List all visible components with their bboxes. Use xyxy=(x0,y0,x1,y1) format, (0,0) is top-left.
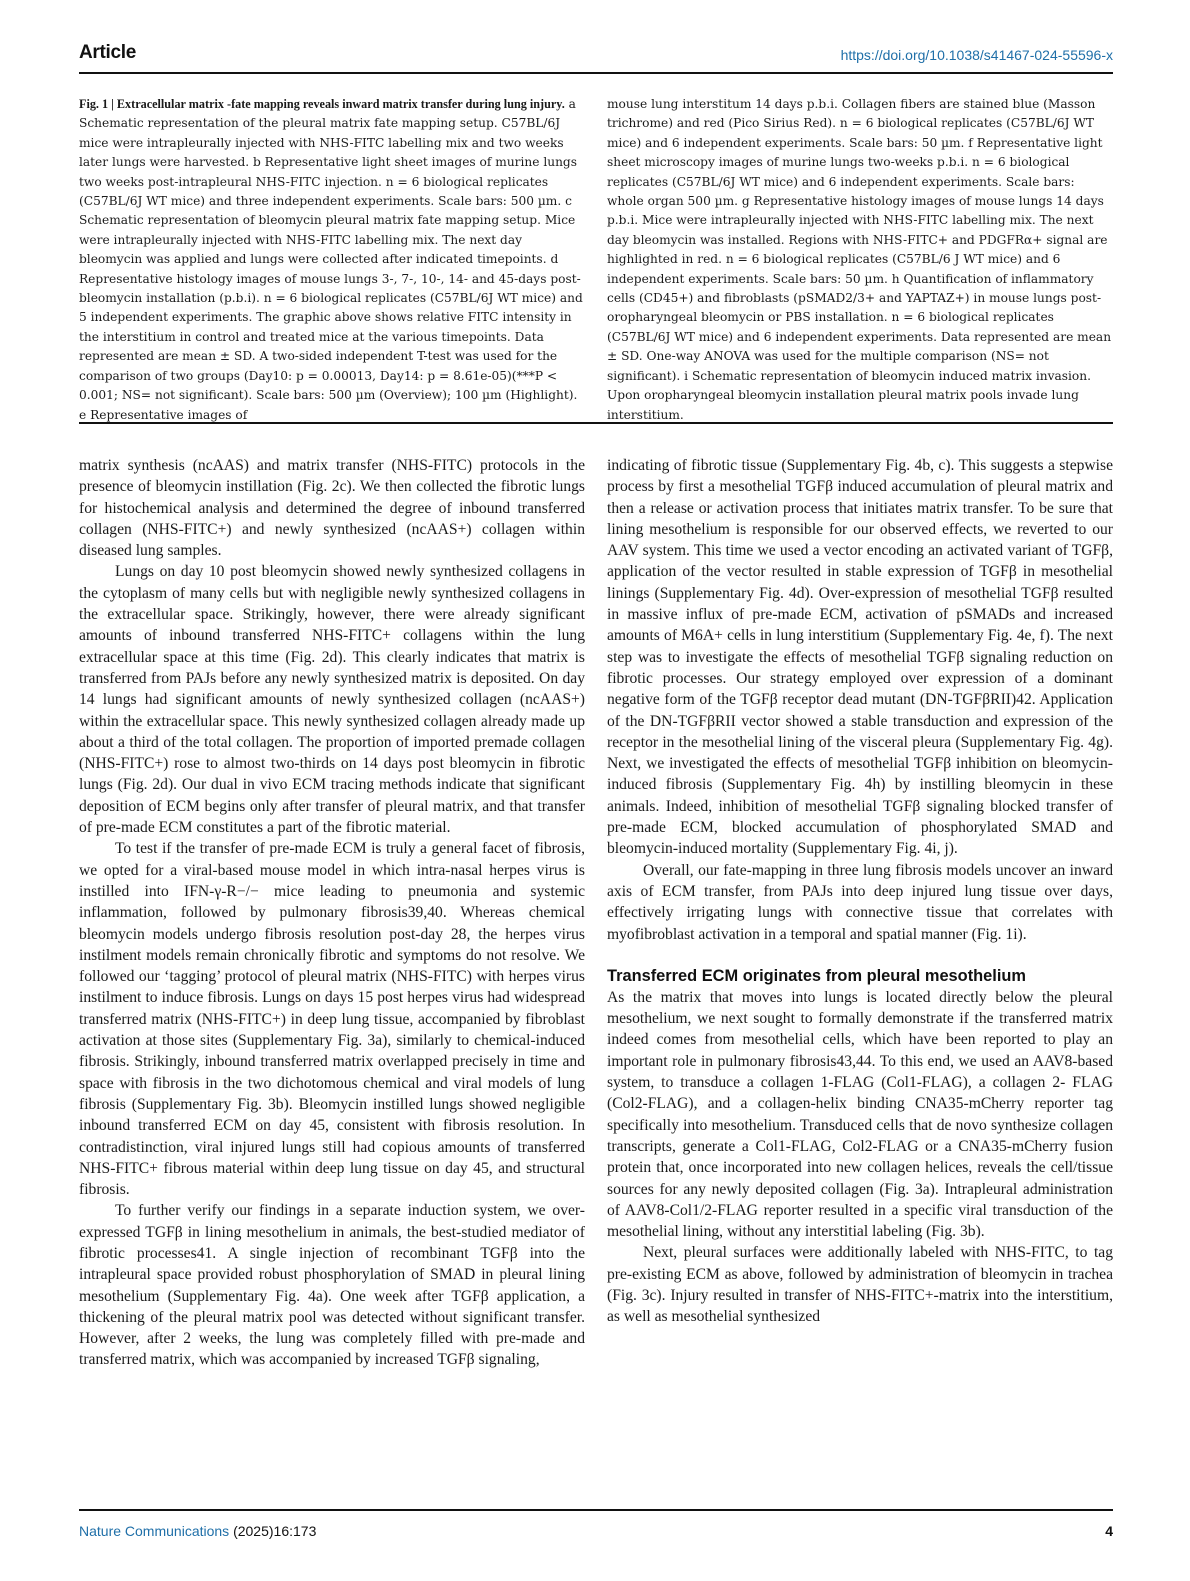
paragraph: To further verify our findings in a sepa… xyxy=(79,1200,585,1370)
paragraph: indicating of fibrotic tissue (Supplemen… xyxy=(607,455,1113,860)
issue-citation: (2025)16:173 xyxy=(233,1523,316,1539)
page-header: Article https://doi.org/10.1038/s41467-0… xyxy=(79,42,1113,74)
figure-title: Extracellular matrix -fate mapping revea… xyxy=(117,97,565,111)
caption-divider xyxy=(79,422,1113,424)
paragraph: To test if the transfer of pre-made ECM … xyxy=(79,838,585,1200)
paragraph: As the matrix that moves into lungs is l… xyxy=(607,987,1113,1243)
journal-name: Nature Communications xyxy=(79,1523,229,1539)
paragraph: Next, pleural surfaces were additionally… xyxy=(607,1242,1113,1327)
article-type-label: Article xyxy=(79,42,136,64)
footer-journal[interactable]: Nature Communications (2025)16:173 xyxy=(79,1523,316,1539)
body-column-left: matrix synthesis (ncAAS) and matrix tran… xyxy=(79,455,585,1371)
page-number: 4 xyxy=(1105,1523,1113,1539)
caption-text-left: a Schematic representation of the pleura… xyxy=(79,97,583,422)
figure-caption-left: Fig. 1 | Extracellular matrix -fate mapp… xyxy=(79,95,584,425)
doi-link[interactable]: https://doi.org/10.1038/s41467-024-55596… xyxy=(841,47,1113,63)
page-footer: Nature Communications (2025)16:173 4 xyxy=(79,1509,1113,1511)
paragraph: Lungs on day 10 post bleomycin showed ne… xyxy=(79,561,585,838)
paragraph: Overall, our fate-mapping in three lung … xyxy=(607,860,1113,945)
section-heading: Transferred ECM originates from pleural … xyxy=(607,966,1113,987)
caption-separator: | xyxy=(108,97,117,111)
caption-text-right: mouse lung interstitum 14 days p.b.i. Co… xyxy=(607,97,1111,422)
paragraph: matrix synthesis (ncAAS) and matrix tran… xyxy=(79,455,585,561)
figure-caption-right: mouse lung interstitum 14 days p.b.i. Co… xyxy=(607,95,1112,425)
figure-label: Fig. 1 xyxy=(79,97,108,111)
body-column-right: indicating of fibrotic tissue (Supplemen… xyxy=(607,455,1113,1328)
